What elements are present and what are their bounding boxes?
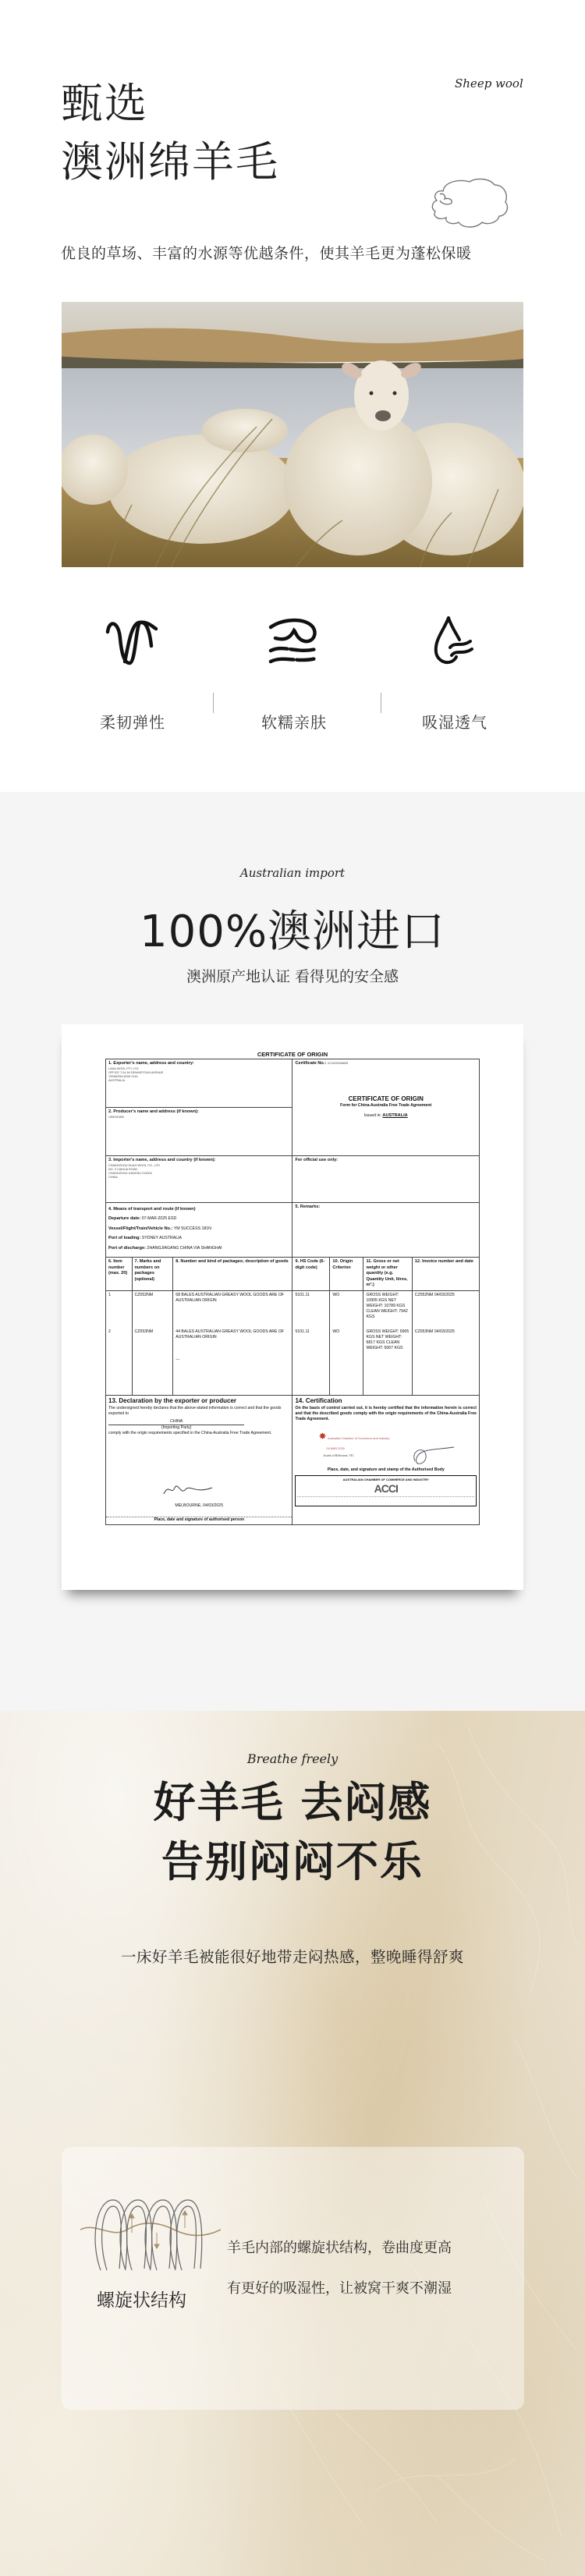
certifier-signature-icon	[409, 1442, 456, 1469]
declaration-title: 13. Declaration by the exporter or produ…	[108, 1397, 289, 1406]
feature-item: 吸湿透气	[396, 616, 513, 733]
loading: SYDNEY AUSTRALIA	[142, 1236, 182, 1240]
importer-lines: CHANGZHOU HUAJI WOOL CO., LTD NO. 3 CAIH…	[108, 1164, 289, 1180]
column-headers: 6. Item number (max. 20) 7. Marks and nu…	[106, 1258, 480, 1291]
import-subtitle: 澳洲原产地认证 看得见的安全感	[0, 965, 585, 986]
loading-label: Port of loading:	[108, 1236, 140, 1240]
column-header: 6. Item number (max. 20)	[108, 1259, 127, 1276]
column-header: 11. Gross or net weight or other quantit…	[366, 1259, 407, 1287]
marks-cell: CZ052NM	[132, 1290, 173, 1328]
title-line-2: 澳洲绵羊毛	[61, 133, 279, 191]
marks-cell: CZ053NM	[132, 1328, 173, 1395]
sheep-outline-icon	[429, 176, 511, 230]
hs-cell: 5101.11	[292, 1290, 330, 1328]
breathe-title: 好羊毛 去闷感 告别闷闷不乐	[0, 1773, 585, 1892]
invoice-cell: CZ053NM 04/03/2025	[412, 1328, 479, 1395]
importer-label: 3. Importer's name, address and country …	[108, 1158, 215, 1162]
script-label: Australian import	[0, 866, 585, 880]
certification-text: On the basis of control carried out, it …	[295, 1406, 477, 1422]
declaration-place: MELBOURNE, 04/03/2025	[106, 1503, 292, 1509]
divider	[213, 693, 214, 713]
vessel-label: Vessel/Flight/Train/Vehicle No.:	[108, 1226, 172, 1231]
producer-label: 2. Producer's name and address (if known…	[108, 1109, 199, 1114]
producer: UNKNOWN	[108, 1116, 289, 1119]
certificate-table: 1. Exporter's name, address and country:…	[105, 1059, 480, 1525]
intro-section: 甄选 澳洲绵羊毛 Sheep wool 优良的草场、丰富的水源等优越条件，使其羊…	[0, 0, 585, 792]
sheep-photo	[62, 302, 523, 567]
exporter-label: 1. Exporter's name, address and country:	[108, 1061, 194, 1066]
acci-logo: ACCI	[297, 1481, 474, 1496]
spiral-structure-icon	[80, 2194, 221, 2280]
import-title: 100%澳洲进口	[0, 897, 585, 960]
ellipsis: ---	[175, 1357, 289, 1363]
feature-item: 软糯亲肤	[236, 616, 353, 733]
vessel: YM SUCCESS 181N	[174, 1226, 211, 1231]
departure: 07-MAR-2025 ESD	[142, 1216, 176, 1221]
weight-cell: GROSS WEIGHT: 10905 KGS NET WEIGHT: 1078…	[363, 1290, 412, 1328]
transport-label: 4. Means of transport and route (if know…	[108, 1207, 196, 1212]
declaration-text-2: comply with the origin requirements spec…	[108, 1431, 289, 1436]
column-header: 9. HS Code (6-digit code)	[295, 1259, 324, 1270]
hs-cell: 5101.11	[292, 1328, 330, 1395]
elastic-wave-icon	[105, 616, 161, 668]
certificate-image: CERTIFICATE OF ORIGIN 1. Exporter's name…	[62, 1024, 523, 1590]
script-label: Breathe freely	[0, 1751, 585, 1766]
departure-label: Departure date:	[108, 1216, 140, 1221]
importing-party-label: (Importing Party)	[108, 1425, 244, 1431]
issued-in-label: Issued in:	[364, 1113, 381, 1118]
star-icon: ✸	[318, 1431, 326, 1442]
criterion-cell: WO	[330, 1328, 363, 1395]
import-section: Australian import 100%澳洲进口 澳洲原产地认证 看得见的安…	[0, 792, 585, 1711]
item-cell: 2	[106, 1328, 133, 1395]
stamp-org: Australian Chamber of Commerce and Indus…	[328, 1437, 389, 1440]
acci-stamp: ✸ Australian Chamber of Commerce and Ind…	[318, 1430, 477, 1442]
cert-no-label: Certificate No.:	[295, 1061, 326, 1066]
item-cell: 1	[106, 1290, 133, 1328]
importer-line: CHINA	[108, 1176, 289, 1180]
feature-item: 柔韧弹性	[74, 616, 191, 733]
divider	[381, 693, 381, 713]
invoice-cell: CZ052NM 04/03/2025	[412, 1290, 479, 1328]
column-header: 10. Origin Criterion	[332, 1259, 353, 1270]
feature-label: 吸湿透气	[396, 710, 513, 733]
column-header: 12. Invoice number and date	[415, 1259, 473, 1264]
desc-cell: 68 BALES AUSTRALIAN GREASY WOOL GOODS AR…	[173, 1290, 292, 1328]
issued-in: AUSTRALIA	[382, 1113, 407, 1118]
soft-skin-icon	[266, 616, 322, 668]
remarks-label: 5. Remarks:	[295, 1205, 320, 1209]
official-label: For official use only:	[295, 1158, 338, 1162]
table-row: 1 CZ052NM 68 BALES AUSTRALIAN GREASY WOO…	[106, 1290, 480, 1328]
discharge-label: Port of discharge:	[108, 1246, 146, 1251]
discharge: ZHANGJIAGANG CHINA VIA SHANGHAI	[147, 1246, 222, 1251]
column-header: 8. Number and kind of packages; descript…	[175, 1259, 289, 1264]
certification-title: 14. Certification	[295, 1397, 477, 1406]
title-line-1: 好羊毛 去闷感	[0, 1773, 585, 1833]
signature-icon	[161, 1480, 215, 1499]
column-header: 7. Marks and numbers on packages (option…	[135, 1259, 161, 1282]
form-subtitle: Form for China-Australia Free Trade Agre…	[295, 1103, 477, 1109]
spiral-description: 羊毛内部的螺旋状结构，卷曲度更高 有更好的吸湿性，让被窝干爽不潮湿	[227, 2228, 452, 2309]
intro-title: 甄选 澳洲绵羊毛	[61, 74, 279, 191]
criterion-cell: WO	[330, 1290, 363, 1328]
certificate-of-origin: CERTIFICATE OF ORIGIN 1. Exporter's name…	[105, 1051, 480, 1525]
script-label: Sheep wool	[455, 76, 523, 90]
description-line-1: 羊毛内部的螺旋状结构，卷曲度更高	[227, 2228, 452, 2269]
spiral-structure-card: 螺旋状结构 羊毛内部的螺旋状结构，卷曲度更高 有更好的吸湿性，让被窝干爽不潮湿	[62, 2147, 524, 2410]
water-drop-air-icon	[431, 616, 478, 668]
desc-cell: 44 BALES AUSTRALIAN GREASY WOOL GOODS AR…	[175, 1329, 289, 1340]
importing-country: CHINA	[108, 1419, 244, 1425]
feature-label: 柔韧弹性	[74, 710, 191, 733]
title-line-1: 甄选	[61, 74, 279, 133]
exporter-line: AUSTRALIA	[108, 1079, 289, 1083]
spiral-label: 螺旋状结构	[97, 2286, 186, 2312]
breathe-subtitle: 一床好羊毛被能很好地带走闷热感，整晚睡得舒爽	[0, 1945, 585, 1967]
breathe-section: Breathe freely 好羊毛 去闷感 告别闷闷不乐 一床好羊毛被能很好地…	[0, 1711, 585, 2576]
feature-label: 软糯亲肤	[236, 710, 353, 733]
acci-box: AUSTRALIAN CHAMBER OF COMMERCE AND INDUS…	[295, 1475, 477, 1506]
form-title: CERTIFICATE OF ORIGIN	[295, 1095, 477, 1104]
intro-description: 优良的草场、丰富的水源等优越条件，使其羊毛更为蓬松保暖	[61, 242, 529, 263]
feature-list: 柔韧弹性 软糯亲肤 吸湿透气	[0, 616, 585, 710]
weight-cell: GROSS WEIGHT: 6905 KGS NET WEIGHT: 6817 …	[363, 1328, 412, 1395]
cert-no: VC2025036805	[328, 1062, 348, 1065]
certificate-heading: CERTIFICATE OF ORIGIN	[105, 1051, 480, 1058]
exporter-lines: LANA WOOL PTY LTD OFFICE 7/14-54 DENNIST…	[108, 1067, 289, 1084]
acci-address	[297, 1496, 474, 1504]
table-row: 2 CZ053NM 44 BALES AUSTRALIAN GREASY WOO…	[106, 1328, 480, 1395]
description-line-2: 有更好的吸湿性，让被窝干爽不潮湿	[227, 2269, 452, 2309]
title-line-2: 告别闷闷不乐	[0, 1833, 585, 1892]
declaration-text: The undersigned hereby declares that the…	[108, 1406, 289, 1417]
declaration-footer: Place, date and signature of authorised …	[106, 1517, 292, 1523]
